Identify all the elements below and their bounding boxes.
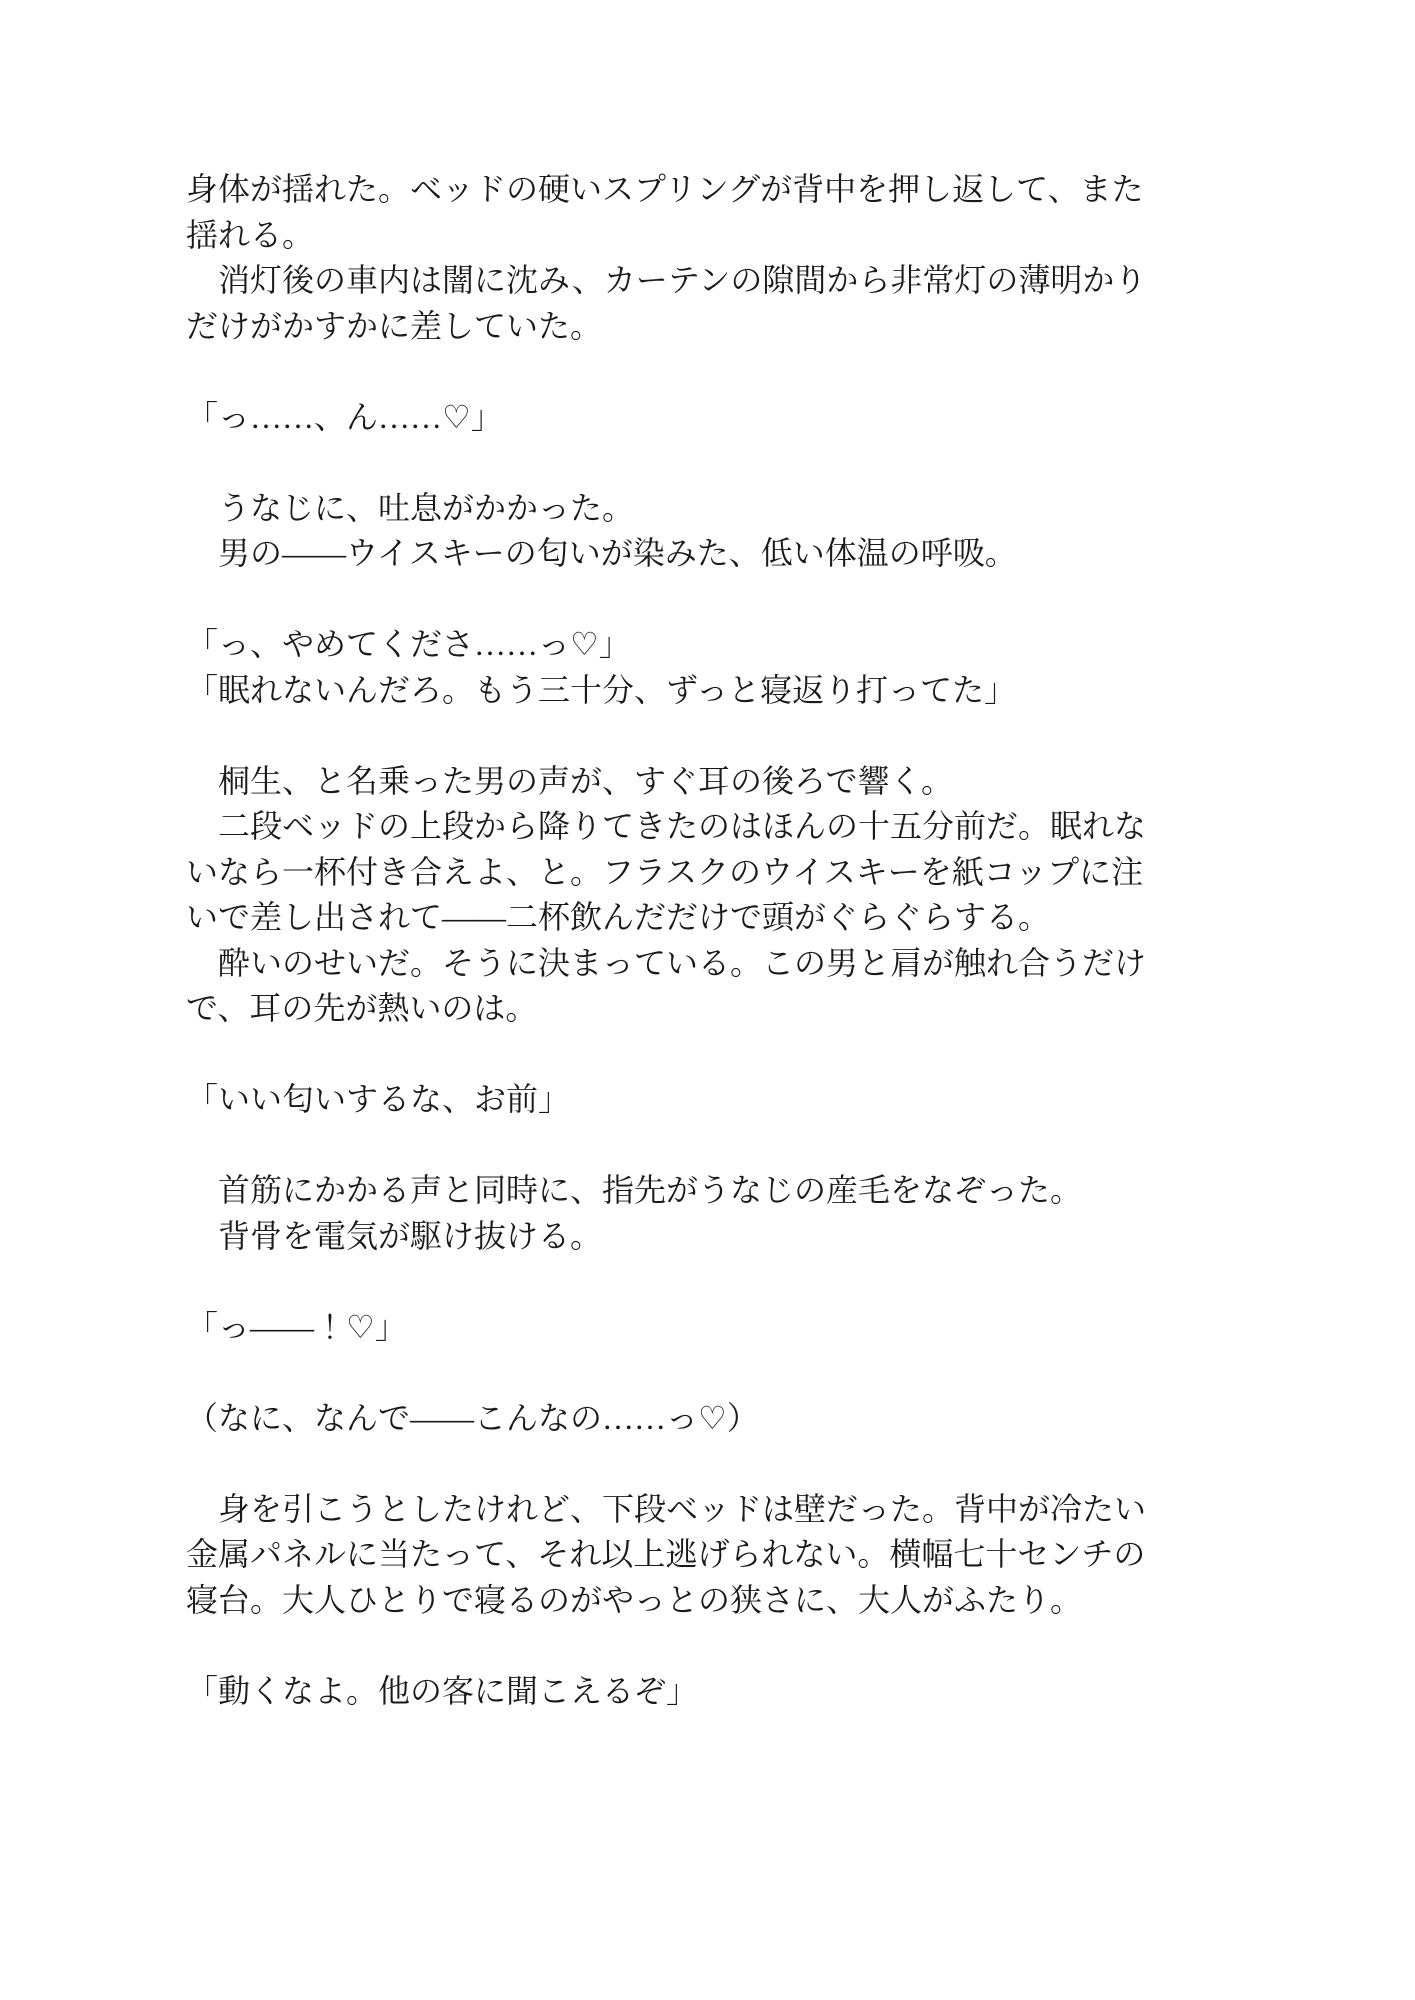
paragraph-block: 身を引こうとしたけれど、下段ベッドは壁だった。背中が冷たい金属パネルに当たって、… (186, 1487, 1230, 1624)
text-line: 「っ……、ん……♡」 (186, 395, 1230, 441)
paragraph-block: うなじに、吐息がかかった。 男の――ウイスキーの匂いが染みた、低い体温の呼吸。 (186, 486, 1230, 577)
text-body: 身体が揺れた。ベッドの硬いスプリングが背中を押し返して、また揺れる。 消灯後の車… (0, 0, 1230, 1714)
text-line: うなじに、吐息がかかった。 (186, 486, 1230, 532)
text-line: 身体が揺れた。ベッドの硬いスプリングが背中を押し返して、また (186, 167, 1230, 213)
text-line: だけがかすかに差していた。 (186, 304, 1230, 350)
text-line: （なに、なんで――こんなの……っ♡） (186, 1396, 1230, 1442)
paragraph-block: 「っ、やめてくださ……っ♡」「眠れないんだろ。もう三十分、ずっと寝返り打ってた」 (186, 622, 1230, 713)
text-line: 「っ、やめてくださ……っ♡」 (186, 622, 1230, 668)
paragraph-block: 「っ……、ん……♡」 (186, 395, 1230, 441)
text-line: 背骨を電気が駆け抜ける。 (186, 1214, 1230, 1260)
paragraph-block: 首筋にかかる声と同時に、指先がうなじの産毛をなぞった。 背骨を電気が駆け抜ける。 (186, 1168, 1230, 1259)
text-line: で、耳の先が熱いのは。 (186, 986, 1230, 1032)
novel-page: 身体が揺れた。ベッドの硬いスプリングが背中を押し返して、また揺れる。 消灯後の車… (0, 0, 1415, 2000)
paragraph-block: 身体が揺れた。ベッドの硬いスプリングが背中を押し返して、また揺れる。 消灯後の車… (186, 167, 1230, 349)
text-line: いなら一杯付き合えよ、と。フラスクのウイスキーを紙コップに注 (186, 850, 1230, 896)
text-line: 酔いのせいだ。そうに決まっている。この男と肩が触れ合うだけ (186, 941, 1230, 987)
text-line: 消灯後の車内は闇に沈み、カーテンの隙間から非常灯の薄明かり (186, 258, 1230, 304)
text-line: 「っ――！♡」 (186, 1305, 1230, 1351)
text-line: 金属パネルに当たって、それ以上逃げられない。横幅七十センチの (186, 1532, 1230, 1578)
text-line: 寝台。大人ひとりで寝るのがやっとの狭さに、大人がふたり。 (186, 1578, 1230, 1624)
text-line: 首筋にかかる声と同時に、指先がうなじの産毛をなぞった。 (186, 1168, 1230, 1214)
text-line: 揺れる。 (186, 213, 1230, 259)
paragraph-block: 「動くなよ。他の客に聞こえるぞ」 (186, 1669, 1230, 1715)
text-line: 「眠れないんだろ。もう三十分、ずっと寝返り打ってた」 (186, 668, 1230, 714)
paragraph-block: 「っ――！♡」 (186, 1305, 1230, 1351)
text-line: 身を引こうとしたけれど、下段ベッドは壁だった。背中が冷たい (186, 1487, 1230, 1533)
text-line: 「いい匂いするな、お前」 (186, 1077, 1230, 1123)
paragraph-block: 桐生、と名乗った男の声が、すぐ耳の後ろで響く。 二段ベッドの上段から降りてきたの… (186, 759, 1230, 1032)
paragraph-block: （なに、なんで――こんなの……っ♡） (186, 1396, 1230, 1442)
text-line: いで差し出されて――二杯飲んだだけで頭がぐらぐらする。 (186, 895, 1230, 941)
text-line: 「動くなよ。他の客に聞こえるぞ」 (186, 1669, 1230, 1715)
text-line: 二段ベッドの上段から降りてきたのはほんの十五分前だ。眠れな (186, 804, 1230, 850)
text-line: 桐生、と名乗った男の声が、すぐ耳の後ろで響く。 (186, 759, 1230, 805)
paragraph-block: 「いい匂いするな、お前」 (186, 1077, 1230, 1123)
text-line: 男の――ウイスキーの匂いが染みた、低い体温の呼吸。 (186, 531, 1230, 577)
